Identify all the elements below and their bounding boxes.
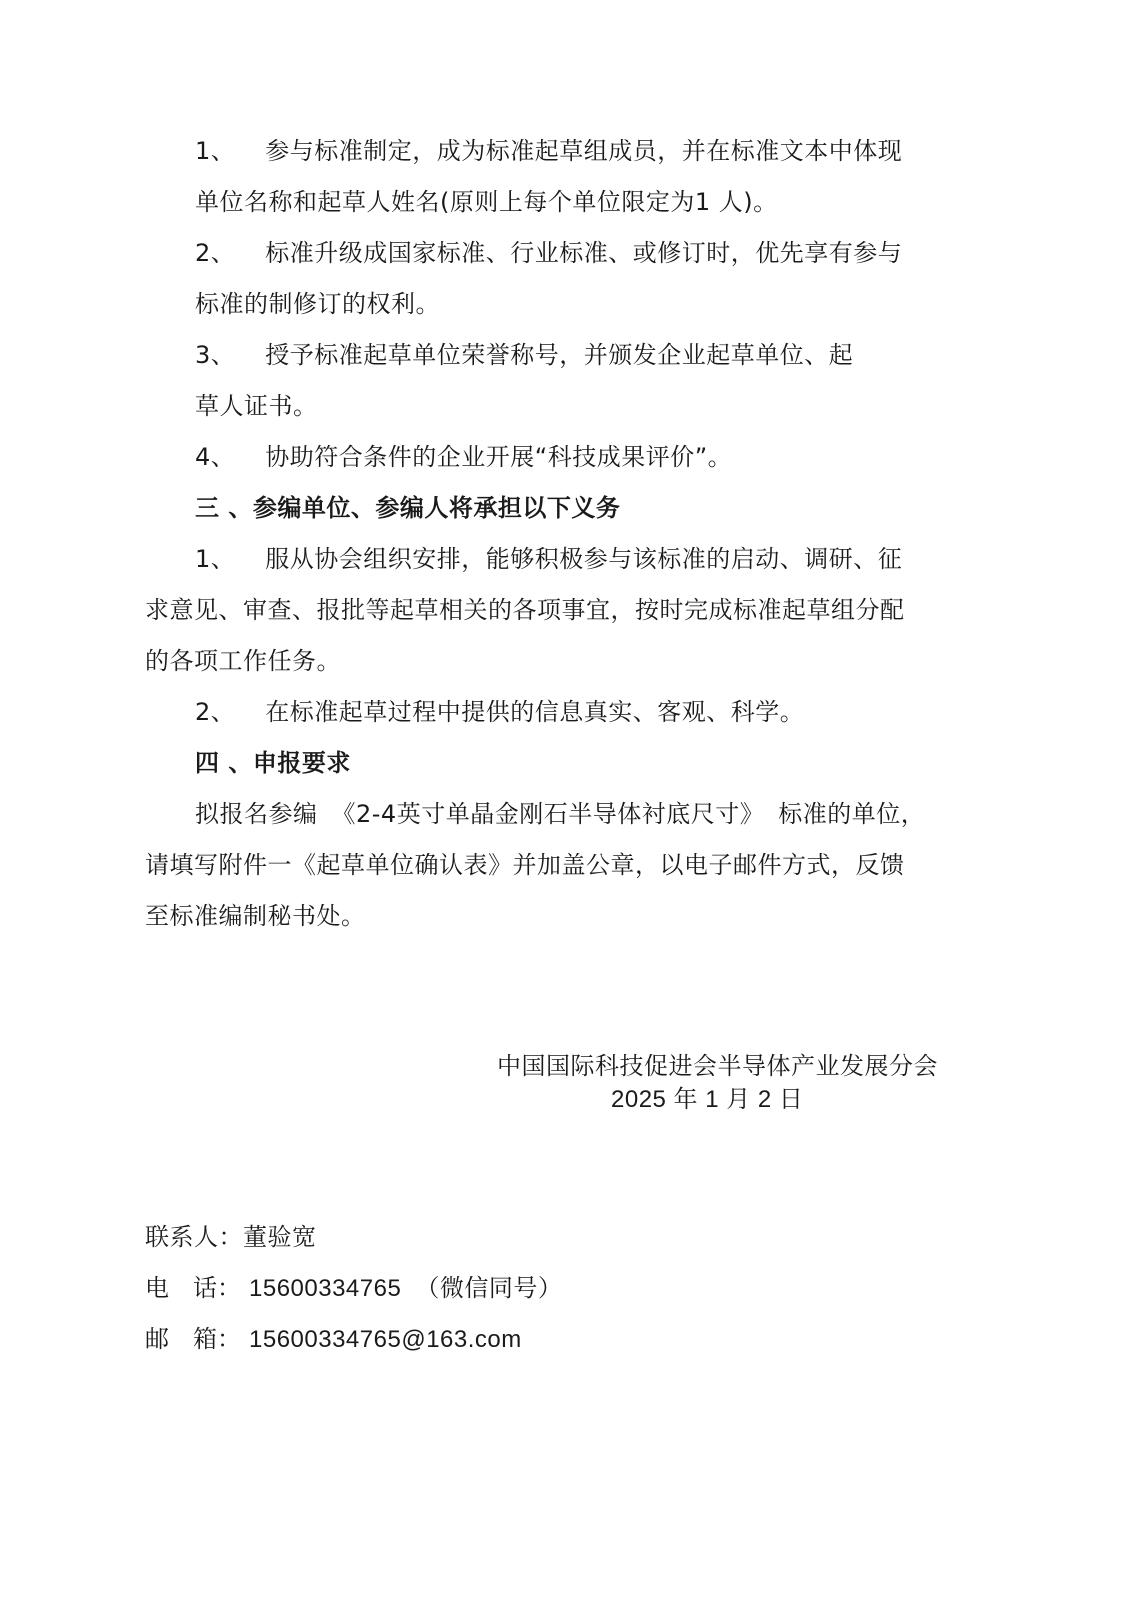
item-number: 4、 xyxy=(195,443,235,471)
contact-phone-note: （微信同号） xyxy=(415,1274,562,1302)
obligation-item-2: 2、在标准起草过程中提供的信息真实、客观、科学。 xyxy=(195,696,804,728)
item-number: 1、 xyxy=(195,137,235,165)
contact-phone-number: 15600334765 xyxy=(249,1275,401,1302)
benefit-item-2-cont: 标准的制修订的权利。 xyxy=(195,288,440,320)
item-number: 3、 xyxy=(195,341,235,369)
obligation-item-1-cont: 求意见、审查、报批等起草相关的各项事宜，按时完成标准起草组分配 xyxy=(145,594,905,626)
signature-org: 中国国际科技促进会半导体产业发展分会 xyxy=(497,1050,938,1082)
section-3-heading: 三 、参编单位、参编人将承担以下义务 xyxy=(195,492,620,524)
para-suffix: 标准的单位， xyxy=(778,800,925,828)
item-text: 服从协会组织安排，能够积极参与该标准的启动、调研、征 xyxy=(265,545,902,573)
section-4-heading: 四 、申报要求 xyxy=(195,747,351,779)
application-paragraph: 拟报名参编《2-4英寸单晶金刚石半导体衬底尺寸》标准的单位， xyxy=(195,798,925,830)
standard-title: 《2-4英寸单晶金刚石半导体衬底尺寸》 xyxy=(332,800,765,828)
contact-email-label: 邮 箱： xyxy=(145,1323,249,1355)
application-paragraph-cont: 请填写附件一《起草单位确认表》并加盖公章，以电子邮件方式，反馈 xyxy=(145,849,905,881)
contact-phone-label: 电 话： xyxy=(145,1272,249,1304)
benefit-item-3-cont: 草人证书。 xyxy=(195,390,318,422)
contact-person-label: 联系人： xyxy=(145,1223,243,1251)
benefit-item-2: 2、标准升级成国家标准、行业标准、或修订时，优先享有参与 xyxy=(195,237,902,269)
contact-email: 邮 箱：15600334765@163.com xyxy=(145,1323,522,1356)
item-text: 授予标准起草单位荣誉称号，并颁发企业起草单位、起 xyxy=(265,341,853,369)
item-number: 2、 xyxy=(195,239,235,267)
contact-phone: 电 话：15600334765（微信同号） xyxy=(145,1272,562,1305)
contact-person-name: 董验宽 xyxy=(243,1223,317,1251)
item-number: 2、 xyxy=(195,698,235,726)
application-paragraph-cont2: 至标准编制秘书处。 xyxy=(145,900,366,932)
item-text: 标准升级成国家标准、行业标准、或修订时，优先享有参与 xyxy=(265,239,902,267)
item-text: 在标准起草过程中提供的信息真实、客观、科学。 xyxy=(265,698,804,726)
contact-email-address: 15600334765@163.com xyxy=(249,1326,522,1353)
item-text: 参与标准制定，成为标准起草组成员，并在标准文本中体现 xyxy=(265,137,902,165)
contact-person: 联系人：董验宽 xyxy=(145,1221,317,1253)
para-prefix: 拟报名参编 xyxy=(195,800,318,828)
item-number: 1、 xyxy=(195,545,235,573)
obligation-item-1: 1、服从协会组织安排，能够积极参与该标准的启动、调研、征 xyxy=(195,543,902,575)
benefit-item-1-cont: 单位名称和起草人姓名(原则上每个单位限定为1 人)。 xyxy=(195,186,778,218)
benefit-item-3: 3、授予标准起草单位荣誉称号，并颁发企业起草单位、起 xyxy=(195,339,853,371)
obligation-item-1-cont2: 的各项工作任务。 xyxy=(145,645,341,677)
item-text: 协助符合条件的企业开展“科技成果评价”。 xyxy=(265,443,732,471)
benefit-item-4: 4、协助符合条件的企业开展“科技成果评价”。 xyxy=(195,441,732,473)
benefit-item-1: 1、参与标准制定，成为标准起草组成员，并在标准文本中体现 xyxy=(195,135,902,167)
signature-date: 2025 年 1 月 2 日 xyxy=(611,1084,803,1116)
